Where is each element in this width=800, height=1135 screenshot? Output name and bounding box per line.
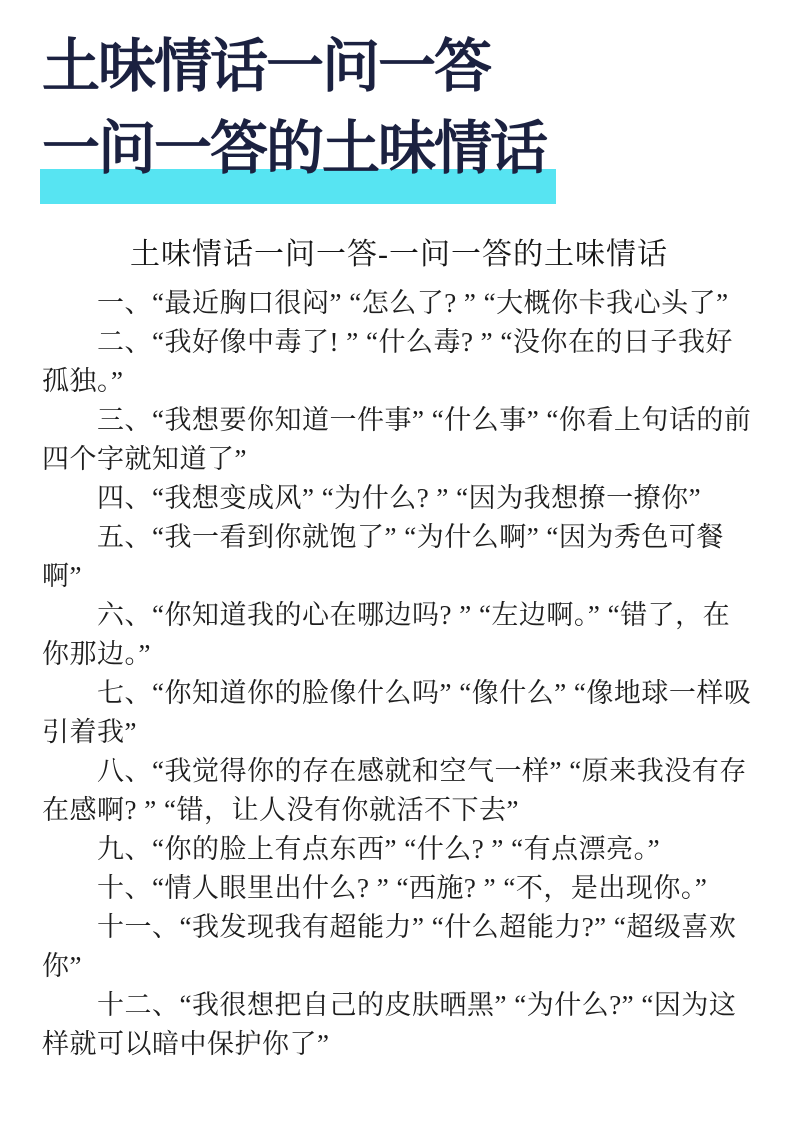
qa-item-10: 十、“情人眼里出什么? ” “西施? ” “不，是出现你。”	[42, 869, 756, 908]
qa-item-9: 九、“你的脸上有点东西” “什么? ” “有点漂亮。”	[42, 830, 756, 869]
qa-item-5: 五、“我一看到你就饱了” “为什么啊” “因为秀色可餐啊”	[42, 518, 756, 596]
qa-item-3: 三、“我想要你知道一件事” “什么事” “你看上句话的前四个字就知道了”	[42, 401, 756, 479]
qa-item-8: 八、“我觉得你的存在感就和空气一样” “原来我没有存在感啊? ” “错，让人没有…	[42, 752, 756, 830]
qa-item-6: 六、“你知道我的心在哪边吗? ” “左边啊。” “错了，在你那边。”	[42, 596, 756, 674]
document-page: 土味情话一问一答 一问一答的土味情话 土味情话一问一答-一问一答的土味情话 一、…	[0, 0, 800, 1135]
banner-title-line2: 一问一答的土味情话	[42, 108, 546, 190]
banner-title-line2-text: 一问一答的土味情话	[42, 116, 546, 181]
qa-item-1: 一、“最近胸口很闷” “怎么了? ” “大概你卡我心头了”	[42, 284, 756, 323]
banner-title: 土味情话一问一答 一问一答的土味情话	[42, 26, 546, 190]
qa-item-4: 四、“我想变成风” “为什么? ” “因为我想撩一撩你”	[42, 479, 756, 518]
qa-item-2: 二、“我好像中毒了! ” “什么毒? ” “没你在的日子我好孤独。”	[42, 323, 756, 401]
article: 土味情话一问一答-一问一答的土味情话 一、“最近胸口很闷” “怎么了? ” “大…	[42, 234, 756, 1064]
banner-title-line1: 土味情话一问一答	[42, 26, 546, 108]
qa-item-7: 七、“你知道你的脸像什么吗” “像什么” “像地球一样吸引着我”	[42, 674, 756, 752]
qa-item-11: 十一、“我发现我有超能力” “什么超能力?” “超级喜欢你”	[42, 908, 756, 986]
article-heading: 土味情话一问一答-一问一答的土味情话	[42, 234, 756, 276]
qa-item-12: 十二、“我很想把自己的皮肤晒黑” “为什么?” “因为这样就可以暗中保护你了”	[42, 986, 756, 1064]
